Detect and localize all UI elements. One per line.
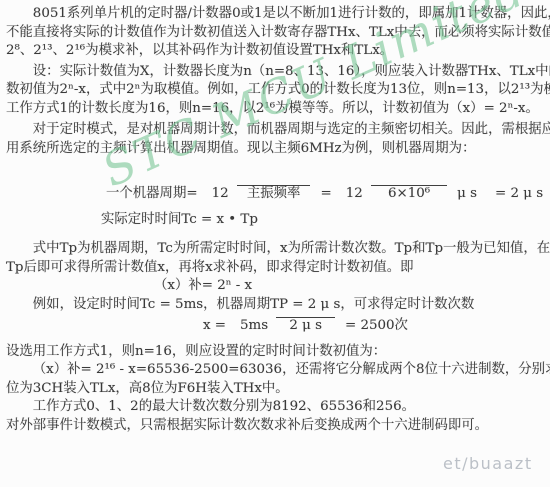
formula-lhs: x = xyxy=(203,317,226,336)
fraction-oscillator: 12 主振频率 xyxy=(208,185,311,204)
paragraph-mode1-example: 设选用工作方式1，则n=16，则应设置的定时时间计数初值为： （x）补= 2¹⁶… xyxy=(6,343,544,436)
doc-text-line: 工作方式0、1、2的最大计数次数分别为8192、65536和256。 xyxy=(6,398,544,417)
doc-text-line: 用系统所选定的主频计算出机器周期值。现以主频6MHz为例，则机器周期为： xyxy=(6,140,544,159)
formula-unit: μ s xyxy=(457,185,477,204)
doc-text-line: 2⁸、2¹³、2¹⁶为模求补，以其补码作为计数初值设置THx和TLx。 xyxy=(6,42,544,61)
fraction-denominator: 主振频率 xyxy=(237,185,311,201)
doc-text-line: 工作方式1的计数长度为16，则n=16，以2¹⁶为模等等。所以，计数初值为（x）… xyxy=(6,100,544,119)
formula-result: = 2500次 xyxy=(345,317,408,336)
paragraph-timer-mode: 对于定时模式，是对机器周期计数，而机器周期与选定的主频密切相关。因此，需根据应 … xyxy=(6,121,544,158)
fraction-denominator: 2 μ s xyxy=(276,317,335,333)
actual-timing-line: 实际定时时间Tc = x • Tp xyxy=(101,211,544,230)
formula-machine-cycle: 一个机器周期= 12 主振频率 = 12 6×10⁶ μ s = 2 μ s xyxy=(106,185,544,204)
paragraph-formula-explanation: 式中Tp为机器周期，Tc为所需定时时间，x为所需计数次数。Tp和Tp一般为已知值… xyxy=(6,240,544,314)
fraction-numerator: 5ms xyxy=(236,318,272,333)
fraction-6mhz: 12 6×10⁶ xyxy=(342,185,447,204)
fraction-numerator: 12 xyxy=(342,186,367,201)
document-page: 8051系列单片机的定时器/计数器0或1是以不断加1进行计数的，即属加1计数器，… xyxy=(0,0,550,487)
paragraph-counter-intro: 8051系列单片机的定时器/计数器0或1是以不断加1进行计数的，即属加1计数器，… xyxy=(6,5,544,61)
equals-sign: = xyxy=(320,185,331,204)
doc-text-line: 8051系列单片机的定时器/计数器0或1是以不断加1进行计数的，即属加1计数器，… xyxy=(6,5,544,24)
doc-text-line: 对外部事件计数模式，只需根据实际计数次数求补后变换成两个十六进制码即可。 xyxy=(6,417,544,436)
doc-text-line: 式中Tp为机器周期，Tc为所需定时时间，x为所需计数次数。Tp和Tp一般为已知值… xyxy=(6,240,544,259)
corner-url-watermark: et/buaazt xyxy=(443,455,533,474)
complement-formula-line: （x）补= 2ⁿ - x xyxy=(6,277,544,296)
doc-text-line: 设：实际计数值为X，计数器长度为n（n=8、13、16），则应装入计数器THx、… xyxy=(6,63,544,82)
formula-result: = 2 μ s xyxy=(495,185,543,204)
fraction-numerator: 12 xyxy=(208,186,233,201)
doc-text-line: Tp后即可求得所需计数值x，再将x求补码，即求得定时计数初值。即 xyxy=(6,259,544,278)
doc-text-line: 数初值为2ⁿ-x，式中2ⁿ为取模值。例如，工作方式0的计数长度为13位，则n=1… xyxy=(6,81,544,100)
example-line: 例如，设定时时间Tc = 5ms，机器周期TP = 2 μ s，可求得定时计数次… xyxy=(6,296,544,315)
fraction-5ms: 5ms 2 μ s xyxy=(236,317,335,336)
doc-text-line: （x）补= 2¹⁶ - x=65536-2500=63036，还需将它分解成两个… xyxy=(6,361,544,380)
formula-count-times: x = 5ms 2 μ s = 2500次 xyxy=(203,317,544,336)
paragraph-initial-value: 设：实际计数值为X，计数器长度为n（n=8、13、16），则应装入计数器THx、… xyxy=(6,63,544,119)
formula-label: 一个机器周期= xyxy=(106,185,198,204)
doc-text-line: 位为3CH装入TLx，高8位为F6H装入THx中。 xyxy=(6,380,544,399)
doc-text-line: 设选用工作方式1，则n=16，则应设置的定时时间计数初值为： xyxy=(6,343,544,362)
fraction-denominator: 6×10⁶ xyxy=(371,185,447,201)
doc-text-line: 对于定时模式，是对机器周期计数，而机器周期与选定的主频密切相关。因此，需根据应 xyxy=(6,121,544,140)
doc-text-line: 不能直接将实际的计数值作为计数初值送入计数寄存器THx、TLx中去，而必须将实际… xyxy=(6,24,544,43)
